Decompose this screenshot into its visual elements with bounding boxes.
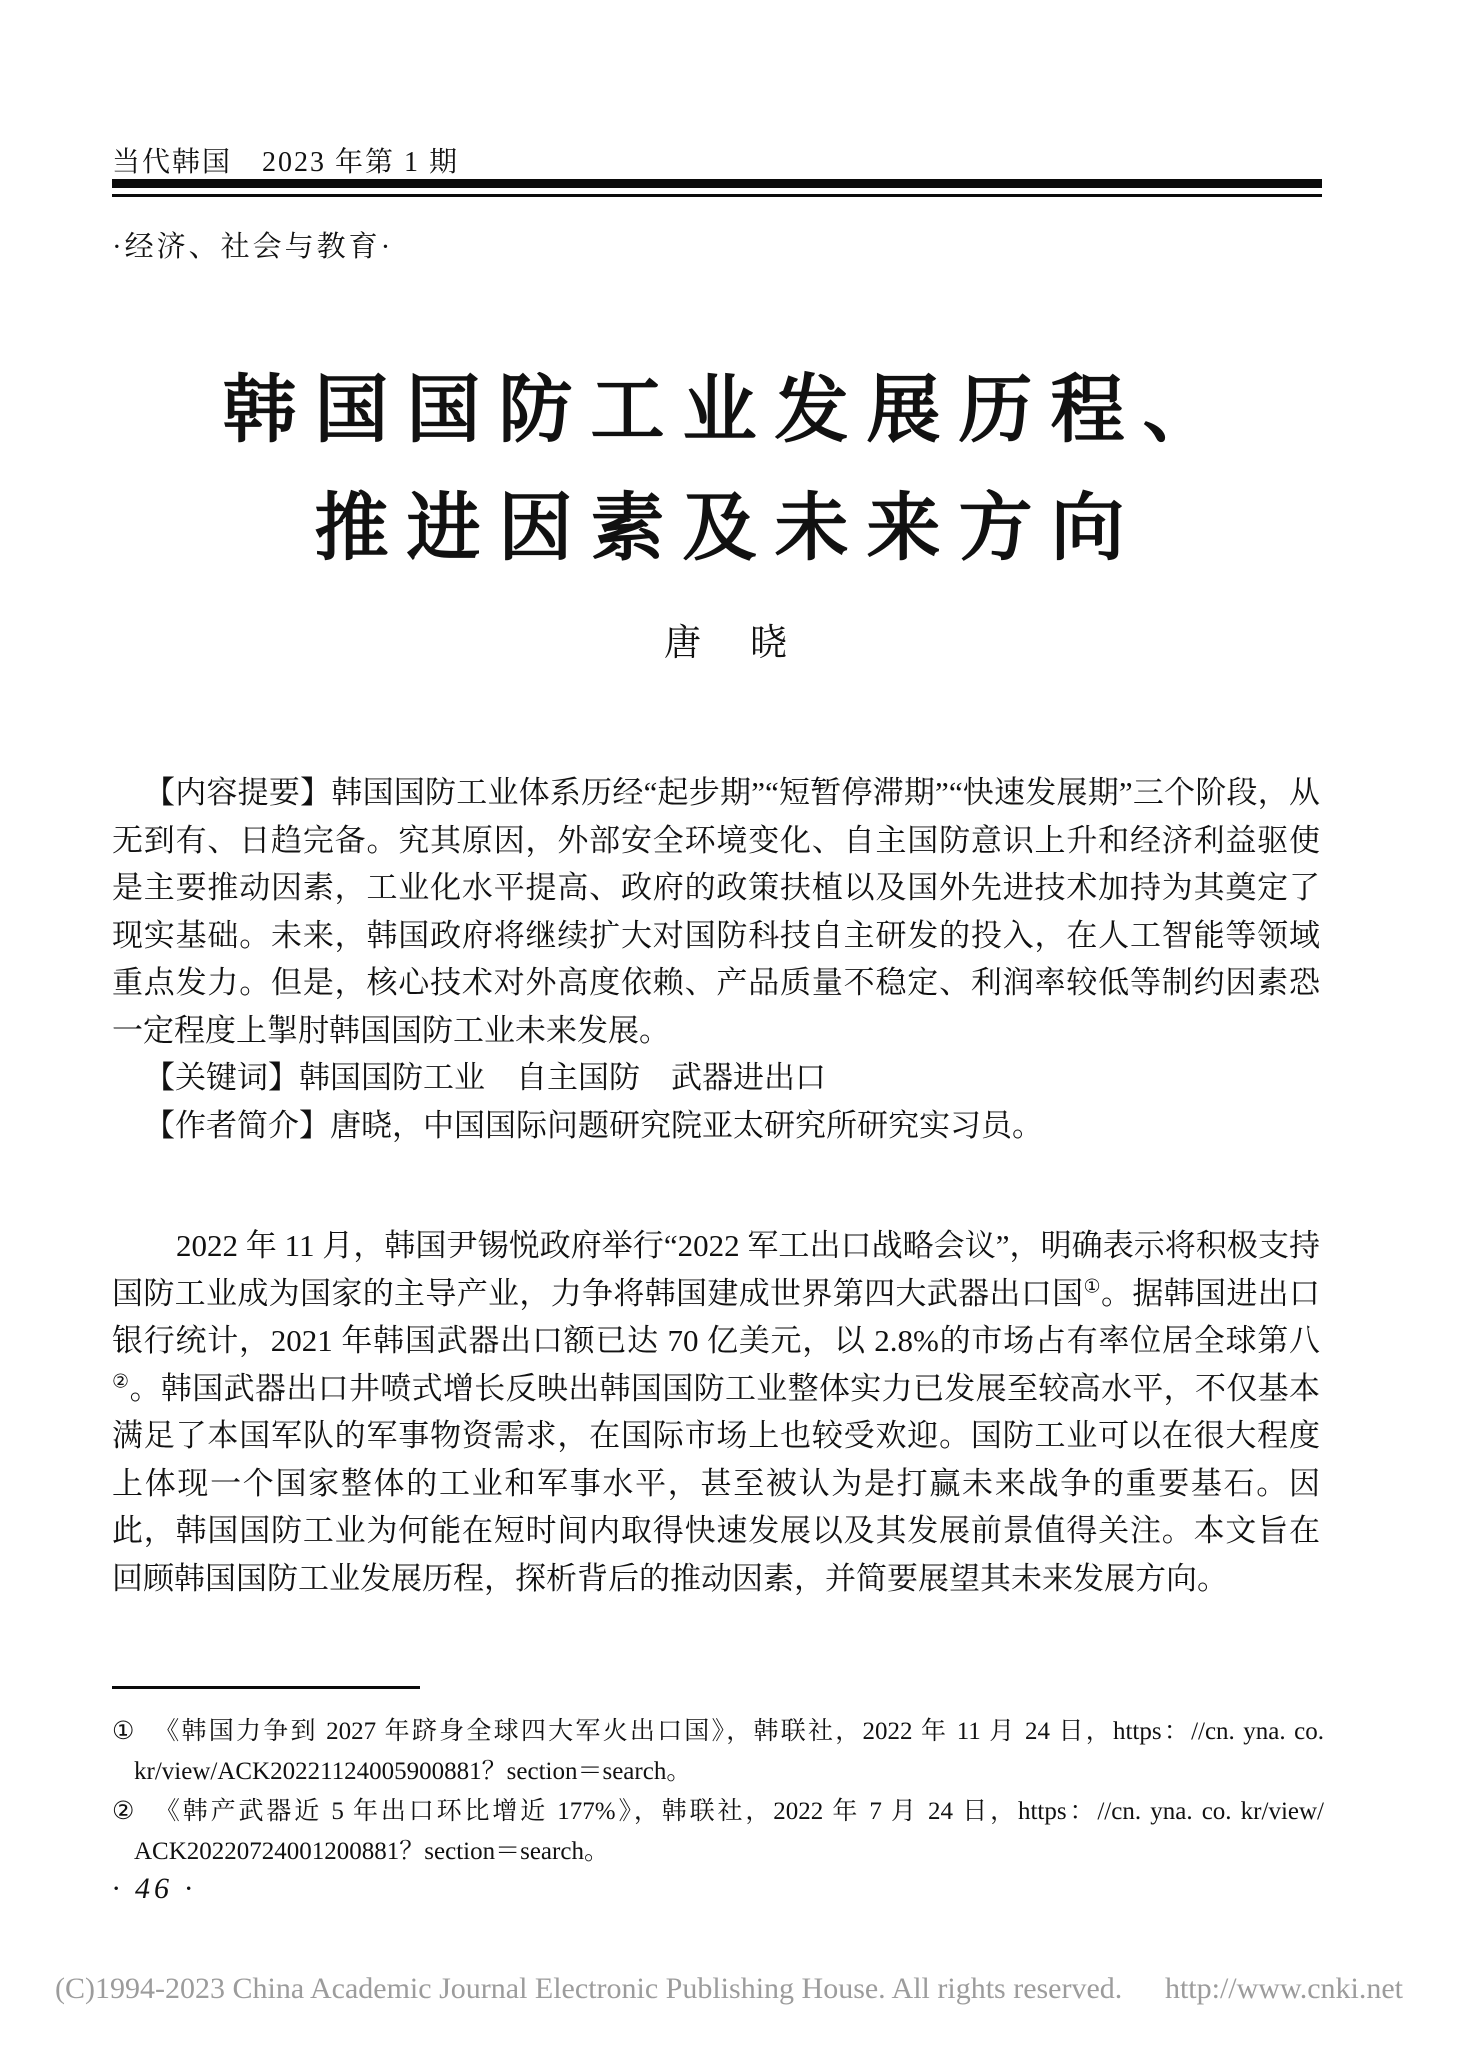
body-paragraph: 2022 年 11 月，韩国尹锡悦政府举行“2022 军工出口战略会议”，明确表… [112,1222,1320,1602]
abstract-block: 【内容提要】韩国国防工业体系历经“起步期”“短暂停滞期”“快速发展期”三个阶段，… [112,769,1320,1149]
footnote-marker-1: ① [112,1712,152,1752]
keywords-text: 韩国国防工业 自主国防 武器进出口 [299,1060,826,1095]
section-label: ·经济、社会与教育· [112,224,393,265]
article-title: 韩国国防工业发展历程、 推进因素及未来方向 [0,352,1457,588]
journal-header: 当代韩国 2023 年第 1 期 [112,140,459,180]
footnote-item-2: ②《韩产武器近 5 年出口环比增近 177%》，韩联社，2022 年 7 月 2… [112,1792,1324,1872]
journal-page: 当代韩国 2023 年第 1 期 ·经济、社会与教育· 韩国国防工业发展历程、 … [0,0,1457,2048]
footer-watermark: (C)1994-2023 China Academic Journal Elec… [55,1972,1403,2006]
body-block: 2022 年 11 月，韩国尹锡悦政府举行“2022 军工出口战略会议”，明确表… [112,1222,1320,1602]
keywords-label: 【关键词】 [144,1060,299,1095]
body-text-segment: 。韩国武器出口井喷式增长反映出韩国国防工业整体实力已发展至较高水平，不仅基本满足… [112,1371,1320,1596]
abstract-paragraph: 【内容提要】韩国国防工业体系历经“起步期”“短暂停滞期”“快速发展期”三个阶段，… [112,769,1320,1054]
author-bio-label: 【作者简介】 [144,1108,330,1143]
article-title-line1: 韩国国防工业发展历程、 [0,352,1457,470]
header-rule-thick [112,179,1322,188]
page-number: · 46 · [112,1872,196,1906]
cnki-url: http://www.cnki.net [1165,1972,1403,2006]
footnote-ref-2: ② [112,1371,130,1392]
header-rule-thin [112,194,1322,197]
keywords-line: 【关键词】韩国国防工业 自主国防 武器进出口 [112,1054,1320,1102]
author-bio-line: 【作者简介】唐晓，中国国际问题研究院亚太研究所研究实习员。 [112,1102,1320,1150]
footnote-marker-2: ② [112,1792,152,1832]
copyright-text: (C)1994-2023 China Academic Journal Elec… [55,1972,1122,2006]
abstract-label: 【内容提要】 [144,775,331,810]
article-title-line2: 推进因素及未来方向 [0,470,1457,588]
footnote-text-1: 《韩国力争到 2027 年跻身全球四大军火出口国》，韩联社，2022 年 11 … [134,1718,1324,1785]
abstract-text: 韩国国防工业体系历经“起步期”“短暂停滞期”“快速发展期”三个阶段，从无到有、日… [112,775,1320,1048]
author-bio-text: 唐晓，中国国际问题研究院亚太研究所研究实习员。 [330,1108,1043,1143]
footnotes: ①《韩国力争到 2027 年跻身全球四大军火出口国》，韩联社，2022 年 11… [112,1712,1324,1872]
footnote-text-2: 《韩产武器近 5 年出口环比增近 177%》，韩联社，2022 年 7 月 24… [134,1798,1324,1865]
footnote-item-1: ①《韩国力争到 2027 年跻身全球四大军火出口国》，韩联社，2022 年 11… [112,1712,1324,1792]
footnote-separator-rule [112,1686,420,1689]
footnote-ref-1: ① [1083,1276,1101,1297]
author-name: 唐 晓 [0,612,1457,666]
